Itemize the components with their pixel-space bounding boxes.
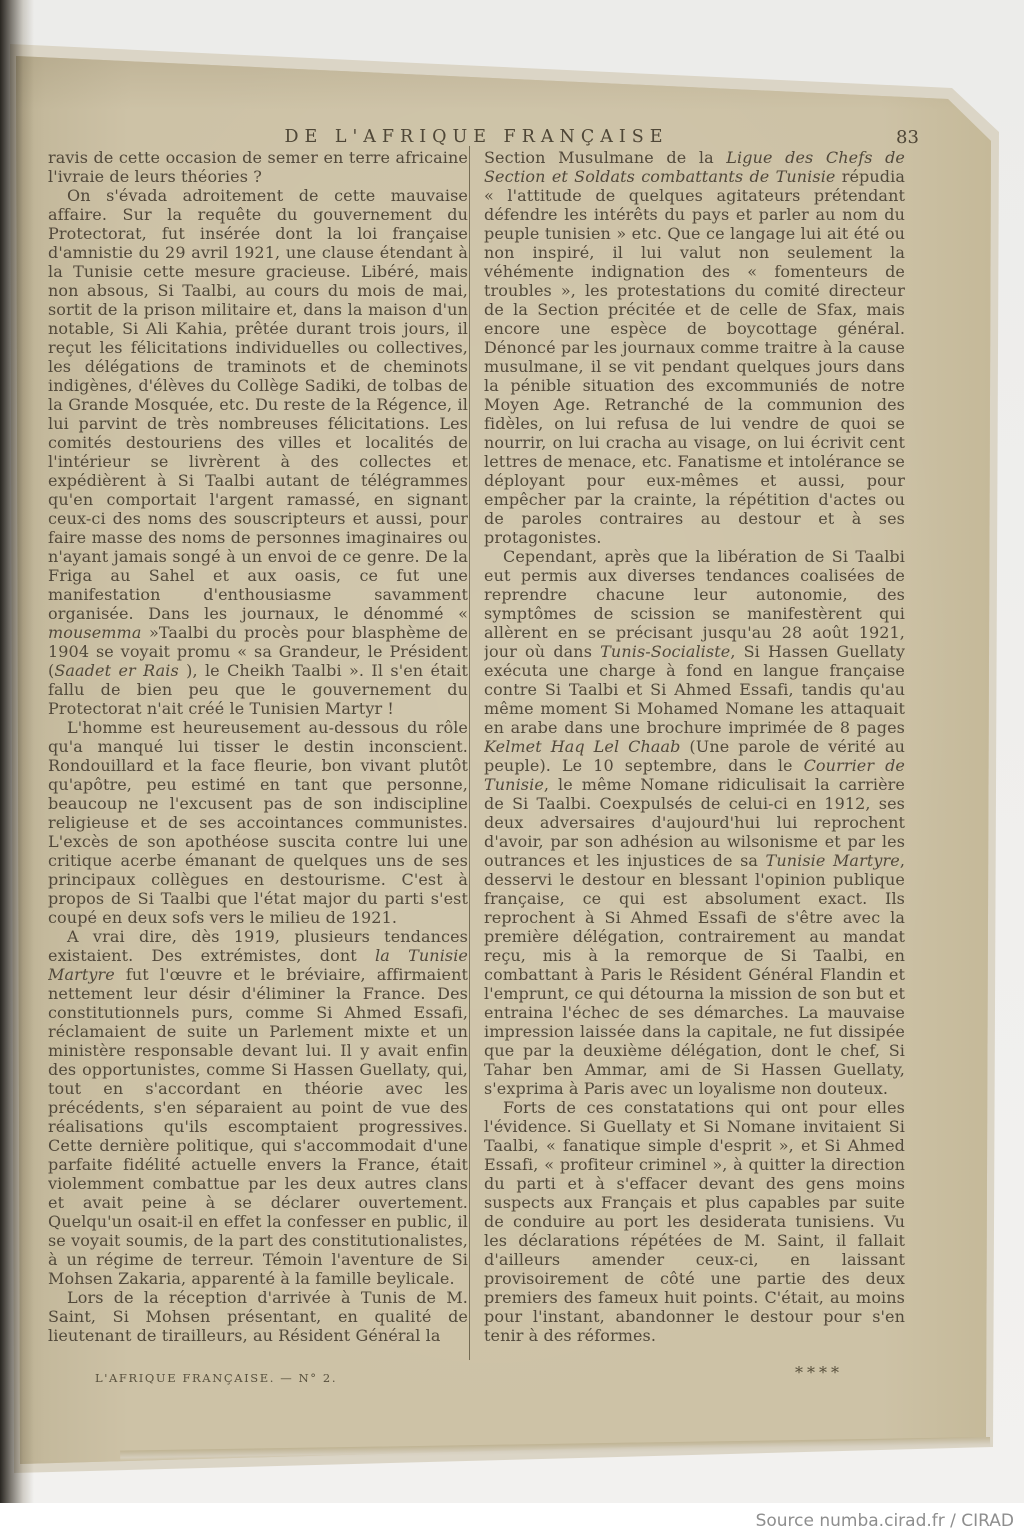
text-run: répudia « l'attitude de quelques agitate… — [484, 167, 905, 547]
italic-text-run: Saadet er Rais — [54, 661, 178, 680]
paragraph: L'homme est heureusement au-dessous du r… — [48, 718, 468, 927]
page-number: 83 — [896, 127, 919, 148]
paragraph: Section Musulmane de la Ligue des Chefs … — [484, 148, 905, 547]
text-run: On s'évada adroitement de cette mauvaise… — [48, 186, 468, 623]
scanned-journal-page: { "page": { "header": { "title": "DE L'A… — [0, 0, 1024, 1539]
text-run: L'homme est heureusement au-dessous du r… — [48, 718, 468, 927]
italic-text-run: Kelmet Haq Lel Chaab — [484, 737, 680, 756]
source-attribution-text: Source numba.cirad.fr / CIRAD — [756, 1511, 1014, 1531]
paragraph: Forts de ces constatations qui ont pour … — [484, 1098, 905, 1345]
left-text-column: ravis de cette occasion de semer en terr… — [48, 148, 468, 1376]
article-end-mark: **** — [795, 1363, 843, 1382]
running-header-title: DE L'AFRIQUE FRANÇAISE — [48, 127, 905, 147]
source-attribution-bar: Source numba.cirad.fr / CIRAD — [0, 1503, 1024, 1539]
text-run: , desservi le destour en blessant l'opin… — [484, 851, 905, 1098]
scan-background: DE L'AFRIQUE FRANÇAISE 83 ravis de cette… — [0, 0, 1024, 1505]
paragraph: On s'évada adroitement de cette mauvaise… — [48, 186, 468, 718]
paragraph: ravis de cette occasion de semer en terr… — [48, 148, 468, 186]
text-run: Forts de ces constatations qui ont pour … — [484, 1098, 905, 1345]
italic-text-run: Tunis-Socialiste — [600, 642, 730, 661]
italic-text-run: Tunisie Martyre — [766, 851, 900, 870]
right-text-column: Section Musulmane de la Ligue des Chefs … — [484, 148, 905, 1376]
italic-text-run: mousemma — [48, 623, 141, 642]
text-run: ravis de cette occasion de semer en terr… — [48, 148, 468, 186]
column-divider-rule — [469, 146, 470, 1360]
text-run: fut l'œuvre et le bréviaire, affirmaient… — [48, 965, 468, 1288]
paragraph: A vrai dire, dès 1919, plusieurs tendanc… — [48, 927, 468, 1288]
text-run: Lors de la réception d'arrivée à Tunis d… — [48, 1288, 468, 1345]
text-run: Section Musulmane de la — [484, 148, 726, 167]
paragraph: Cependant, après que la libération de Si… — [484, 547, 905, 1098]
paragraph: Lors de la réception d'arrivée à Tunis d… — [48, 1288, 468, 1345]
footer-journal-line: L'AFRIQUE FRANÇAISE. — N° 2. — [95, 1371, 337, 1385]
